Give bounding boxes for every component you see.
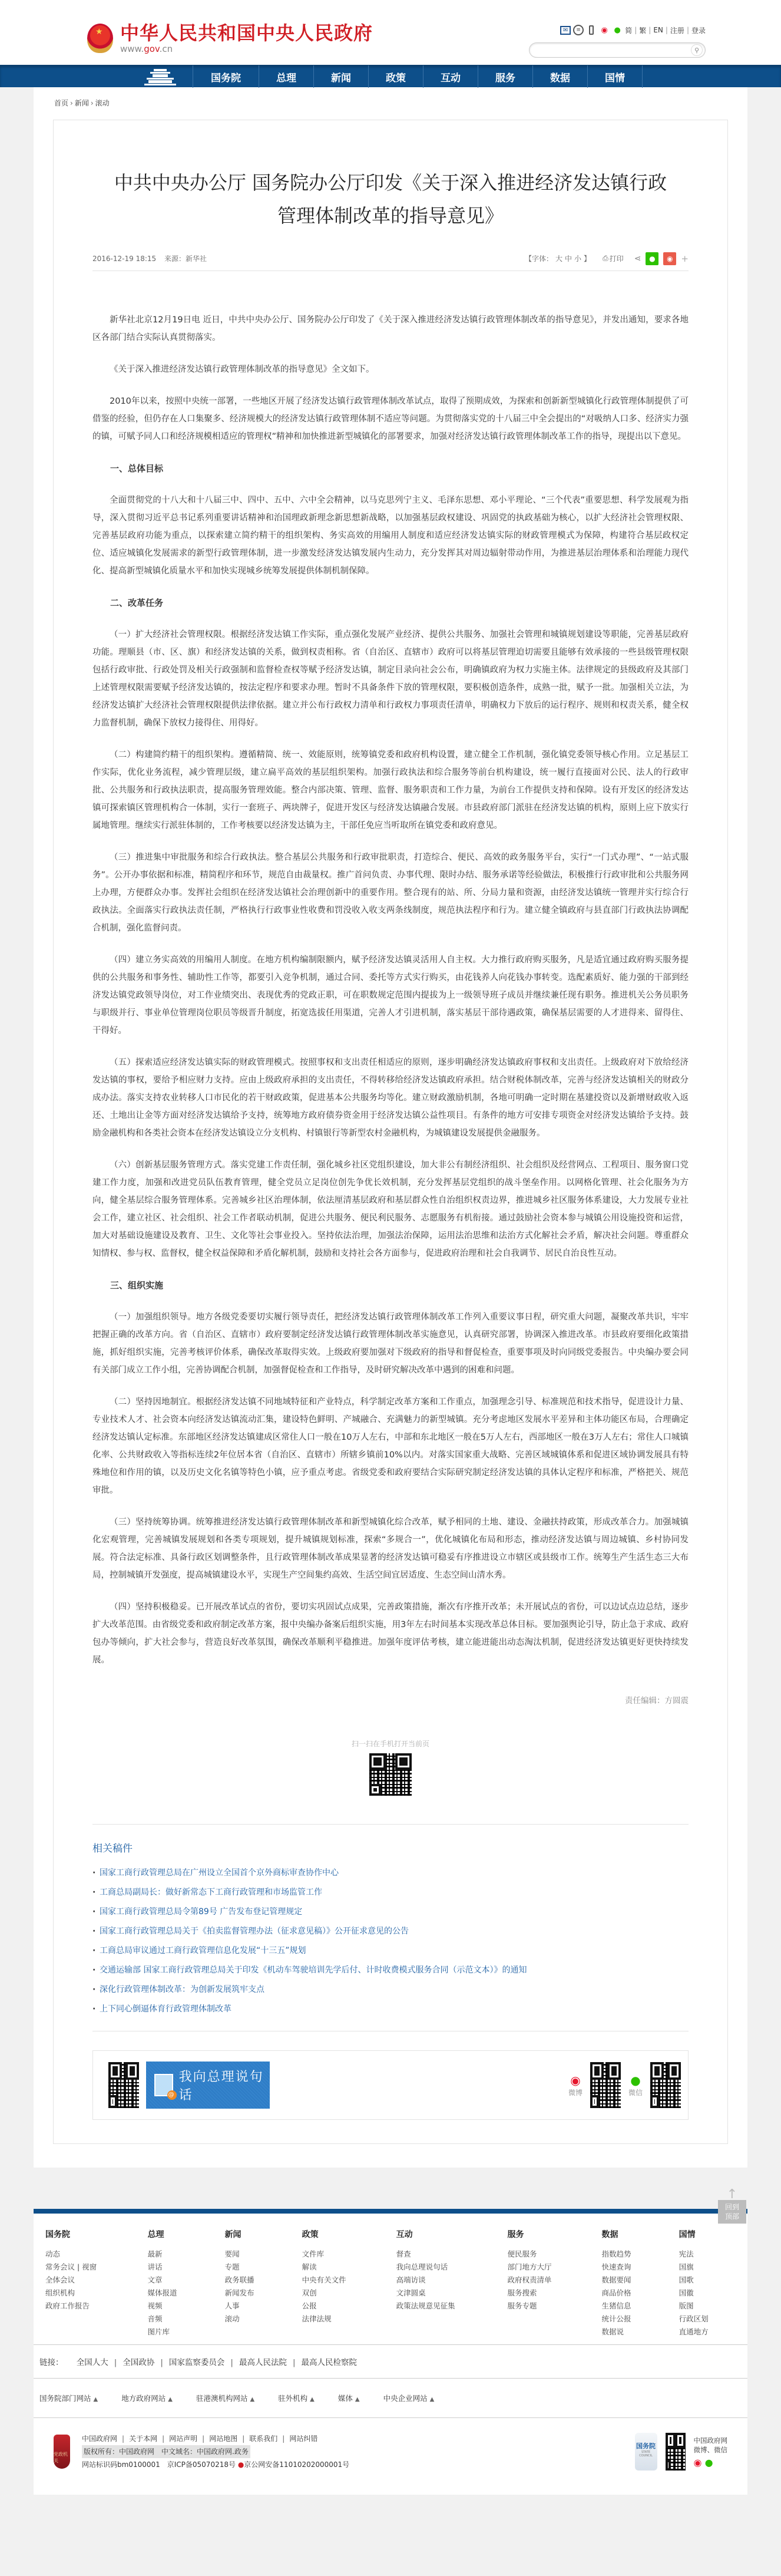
weibo-icon: ◉ — [570, 2073, 580, 2087]
site-group-dropdown[interactable]: 媒体▲ — [338, 2394, 372, 2403]
triangle-up-icon: ▲ — [430, 2396, 435, 2403]
site-footer: 国务院动态常务会议 | 视窗全体会议组织机构政府工作报告总理最新讲话文章媒体报道… — [34, 2209, 747, 2495]
article-paragraph: （一）加强组织领导。地方各级党委要切实履行领导责任，把经济发达镇行政管理体制改革… — [92, 1308, 689, 1379]
footer-link[interactable]: 讲话 — [147, 2261, 224, 2274]
article-paragraph: 全面贯彻党的十八大和十八届三中、四中、五中、六中全会精神，以马克思列宁主义、毛泽… — [92, 492, 689, 580]
app-qr-code — [108, 2062, 139, 2108]
footer-link[interactable]: 政策法规意见征集 — [396, 2300, 508, 2313]
footer-link[interactable]: 中央有关文件 — [302, 2274, 396, 2287]
footer-bottom-link[interactable]: 网站地图 — [209, 2435, 237, 2443]
related-article-link[interactable]: 国家工商行政管理总局关于《拍卖监督管理办法（征求意见稿）》公开征求意见的公告 — [92, 1922, 689, 1941]
breadcrumb-news[interactable]: 新闻 — [75, 99, 89, 107]
nav-item-data[interactable]: 数据 — [533, 65, 588, 88]
footer-link[interactable]: 行政区划 — [679, 2313, 736, 2326]
weibo-label: ◉ 微博 — [567, 2073, 584, 2097]
external-link[interactable]: 国家监察委员会 — [169, 2358, 225, 2367]
footer-link[interactable]: 快速查询 — [602, 2261, 679, 2274]
separator: | — [122, 2435, 124, 2443]
article-paragraph: 2010年以来，按照中央统一部署，一些地区开展了经济发达镇行政管理体制改革试点，… — [92, 392, 689, 446]
mobile-qr-block: 扫一扫在手机打开当前页 — [92, 1739, 689, 1798]
wechat-qr-code — [650, 2062, 681, 2108]
footer-link[interactable]: 我向总理说句话 — [396, 2261, 508, 2274]
footer-link[interactable]: 商品价格 — [602, 2287, 679, 2300]
article-paragraph: （三）推进集中审批服务和综合行政执法。整合基层公共服务和行政审批职责，打造综合、… — [92, 849, 689, 937]
promo-box: 我向总理说句话 ◉ 微博 ● 微信 — [92, 2050, 689, 2120]
article-paragraph: 《关于深入推进经济发达镇行政管理体制改革的指导意见》全文如下。 — [92, 361, 689, 378]
header-toolbar: ✉ ≡ ◉ ● 简 | 繁 | EN | 注册 | 登录 — [529, 24, 706, 37]
triangle-up-icon: ▲ — [355, 2396, 360, 2403]
footer-link[interactable]: 图片库 — [147, 2326, 224, 2338]
external-link[interactable]: 最高人民检察院 — [302, 2358, 358, 2367]
triangle-up-icon: ▲ — [168, 2396, 173, 2403]
share-weibo-icon[interactable]: ◉ — [663, 252, 676, 265]
rss-icon[interactable]: ≡ — [573, 25, 584, 35]
separator: | — [242, 2435, 244, 2443]
wechat-label: ● 微信 — [627, 2073, 644, 2097]
related-article-link[interactable]: 深化行政管理体制改革：为创新发展筑牢支点 — [92, 1980, 689, 2000]
breadcrumb: 首页›新闻›滚动 — [53, 87, 728, 120]
envelope-icon — [154, 2074, 173, 2096]
nav-item-interaction[interactable]: 互动 — [423, 65, 478, 88]
article-body: 新华社北京12月19日电 近日，中共中央办公厅、国务院办公厅印发了《关于深入推进… — [92, 271, 689, 1669]
nav-item-policy[interactable]: 政策 — [369, 65, 423, 88]
font-small-button[interactable]: 小 — [574, 255, 581, 263]
article-paragraph: （六）创新基层服务管理方式。落实党建工作责任制，强化城乡社区党组织建设，加大非公… — [92, 1156, 689, 1262]
footer-link[interactable]: 国徽 — [679, 2287, 736, 2300]
share-more-icon[interactable]: + — [681, 253, 689, 264]
article-paragraph: （二）坚持因地制宜。根据经济发达镇不同地域特征和产业特点，科学制定改革方案和工作… — [92, 1393, 689, 1499]
page-content: 首页›新闻›滚动 中共中央办公厅 国务院办公厅印发《关于深入推进经济发达镇行政管… — [34, 87, 747, 2168]
police-badge-icon: ● — [238, 2460, 244, 2469]
footer-link[interactable]: 政府工作报告 — [45, 2300, 147, 2313]
triangle-up-icon: ▲ — [310, 2396, 315, 2403]
footer-link[interactable]: 文件库 — [302, 2248, 396, 2261]
wechat-icon: ● — [630, 2073, 640, 2087]
wechat-icon[interactable]: ● — [705, 2457, 713, 2468]
separator: | — [648, 26, 651, 34]
footer-link[interactable]: 法律法规 — [302, 2313, 396, 2326]
traditional-chinese-link[interactable]: 繁 — [639, 25, 646, 35]
footer-link[interactable]: 数据要闻 — [602, 2274, 679, 2287]
footer-column: 新闻要闻专题政务联播新闻发布人事滚动 — [225, 2229, 302, 2338]
related-articles-title: 相关稿件 — [92, 1839, 689, 1859]
mail-icon[interactable]: ✉ — [560, 26, 571, 35]
article-title: 中共中央办公厅 国务院办公厅印发《关于深入推进经济发达镇行政管理体制改革的指导意… — [92, 120, 689, 232]
nav-item-state-council[interactable]: 国务院 — [193, 65, 259, 88]
footer-column-title[interactable]: 国务院 — [45, 2229, 147, 2241]
external-link[interactable]: 全国人大 — [77, 2358, 108, 2367]
footer-link[interactable]: 政府权责清单 — [508, 2274, 602, 2287]
triangle-up-icon: ▲ — [250, 2396, 254, 2403]
article-paragraph: 新华社北京12月19日电 近日，中共中央办公厅、国务院办公厅印发了《关于深入推进… — [92, 311, 689, 347]
article-meta: 2016-12-19 18:15 来源：新华社 【字体：大中小】 ⎙ 打印 ⋖ … — [92, 251, 689, 271]
footer-link[interactable]: 督查 — [396, 2248, 508, 2261]
gov-social: 中国政府网 微博、微信 ◉ ● — [694, 2436, 728, 2468]
copyright-text: 版权所有：中国政府网 中文域名：中国政府网.政务 — [82, 2445, 250, 2458]
footer-bottom-link[interactable]: 中国政府网 — [82, 2435, 117, 2443]
footer-column-title[interactable]: 政策 — [302, 2229, 396, 2241]
search-icon[interactable]: ⚲ — [691, 44, 703, 56]
related-article-link[interactable]: 国家工商行政管理总局在广州设立全国首个京外商标审查协作中心 — [92, 1863, 689, 1883]
footer-link[interactable]: 数据说 — [602, 2326, 679, 2338]
nav-item-services[interactable]: 服务 — [478, 65, 533, 88]
footer-bottom: 党政机关 中国政府网|关于本网|网站声明|网站地图|联系我们|网站纠错 版权所有… — [34, 2418, 747, 2495]
footer-link[interactable]: 部门地方大厅 — [508, 2261, 602, 2274]
footer-link[interactable]: 解读 — [302, 2261, 396, 2274]
site-url: www.gov.cn — [120, 44, 373, 54]
article-source: 来源：新华社 — [164, 255, 207, 263]
breadcrumb-home[interactable]: 首页 — [54, 99, 68, 107]
printer-icon: ⎙ — [603, 254, 608, 263]
footer-bottom-link[interactable]: 关于本网 — [129, 2435, 157, 2443]
qr-label: 扫一扫在手机打开当前页 — [92, 1739, 689, 1749]
share-icon[interactable]: ⋖ — [634, 254, 641, 263]
separator: | — [160, 2358, 163, 2367]
related-article-link[interactable]: 工商总局审议通过工商行政管理信息化发展“十三五”规划 — [92, 1941, 689, 1961]
site-registration: 网站标识码bm0100001 京ICP备05070218号 ●京公网安备1101… — [82, 2458, 349, 2471]
register-link[interactable]: 注册 — [670, 25, 684, 35]
footer-link[interactable]: 滚动 — [225, 2313, 302, 2326]
site-group-dropdown[interactable]: 中央企业网站▲ — [383, 2394, 446, 2403]
site-groups-row: 国务院部门网站▲地方政府网站▲驻港澳机构网站▲驻外机构▲媒体▲中央企业网站▲ — [34, 2379, 747, 2418]
footer-link[interactable]: 服务搜索 — [508, 2287, 602, 2300]
footer-column: 国情宪法国旗国歌国徽版图行政区划直通地方 — [679, 2229, 736, 2338]
message-premier-banner[interactable]: 我向总理说句话 — [146, 2062, 270, 2109]
wechat-icon[interactable]: ● — [612, 25, 623, 35]
weibo-icon[interactable]: ◉ — [599, 25, 610, 35]
site-logo[interactable]: 中华人民共和国中央人民政府 www.gov.cn — [87, 22, 373, 54]
triangle-up-icon: ▲ — [94, 2396, 98, 2403]
footer-column-title[interactable]: 总理 — [147, 2229, 224, 2241]
article-paragraph: （四）建立务实高效的用编用人制度。在地方机构编制限额内，赋予经济发达镇灵活用人自… — [92, 951, 689, 1040]
font-medium-button[interactable]: 中 — [565, 255, 572, 263]
related-article-link[interactable]: 国家工商行政管理总局令第89号 广告发布登记管理规定 — [92, 1902, 689, 1922]
external-link[interactable]: 最高人民法院 — [239, 2358, 287, 2367]
footer-column-title[interactable]: 数据 — [602, 2229, 679, 2241]
links-label: 链接： — [39, 2358, 64, 2367]
print-button[interactable]: ⎙ 打印 — [603, 253, 624, 263]
footer-nav: 国务院动态常务会议 | 视窗全体会议组织机构政府工作报告总理最新讲话文章媒体报道… — [34, 2214, 747, 2345]
arrow-up-icon: ↑ — [718, 2189, 746, 2200]
related-articles-list: 国家工商行政管理总局在广州设立全国首个京外商标审查协作中心 工商总局副局长：做好… — [92, 1863, 689, 2019]
footer-link[interactable]: 媒体报道 — [147, 2287, 224, 2300]
footer-column: 政策文件库解读中央有关文件双创公报法律法规 — [302, 2229, 396, 2338]
login-link[interactable]: 登录 — [691, 25, 706, 35]
footer-link[interactable]: 人事 — [225, 2300, 302, 2313]
footer-link[interactable]: 宪法 — [679, 2248, 736, 2261]
section-heading: 一、总体目标 — [92, 460, 689, 477]
footer-links: 中国政府网|关于本网|网站声明|网站地图|联系我们|网站纠错 — [82, 2432, 349, 2445]
article-paragraph: （一）扩大经济社会管理权限。根据经济发达镇工作实际，重点强化发展产业经济、提供公… — [92, 626, 689, 732]
mobile-icon[interactable] — [586, 25, 597, 35]
article-paragraph: （四）坚持积极稳妥。已开展改革试点的省份，要切实巩固试点成果，完善政策措施，渐次… — [92, 1598, 689, 1669]
font-large-button[interactable]: 大 — [555, 255, 562, 263]
divider — [92, 1824, 689, 1825]
external-links-row: 链接： 全国人大|全国政协|国家监察委员会|最高人民法院|最高人民检察院 — [34, 2345, 747, 2379]
separator: | — [282, 2435, 284, 2443]
site-group-dropdown[interactable]: 驻外机构▲ — [278, 2394, 326, 2403]
publish-date: 2016-12-19 18:15 — [92, 255, 156, 263]
footer-link[interactable]: 高端访谈 — [396, 2274, 508, 2287]
nav-item-premier[interactable]: 总理 — [259, 65, 314, 88]
footer-link[interactable]: 视频 — [147, 2300, 224, 2313]
footer-link[interactable]: 政务联播 — [225, 2274, 302, 2287]
footer-link[interactable]: 版图 — [679, 2300, 736, 2313]
english-link[interactable]: EN — [653, 26, 663, 34]
party-government-badge-icon[interactable]: 党政机关 — [54, 2435, 70, 2469]
footer-link[interactable]: 生猪信息 — [602, 2300, 679, 2313]
section-heading: 三、组织实施 — [92, 1277, 689, 1294]
separator: | — [687, 26, 689, 34]
chevron-right-icon: › — [91, 99, 94, 107]
footer-link[interactable]: 双创 — [302, 2287, 396, 2300]
weibo-icon[interactable]: ◉ — [694, 2457, 702, 2468]
breadcrumb-scroll[interactable]: 滚动 — [95, 99, 110, 107]
site-group-dropdown[interactable]: 地方政府网站▲ — [121, 2394, 184, 2403]
chevron-right-icon: › — [70, 99, 73, 107]
footer-link[interactable]: 专题 — [225, 2261, 302, 2274]
article-paragraph: （五）探索适应经济发达镇实际的财政管理模式。按照事权和支出责任相适应的原则，逐步… — [92, 1054, 689, 1142]
responsible-editor: 责任编辑：方圆震 — [92, 1694, 689, 1706]
footer-link[interactable]: 直通地方 — [679, 2326, 736, 2338]
nav-home-button[interactable] — [75, 65, 193, 88]
weibo-qr-code — [590, 2062, 621, 2108]
footer-column-title[interactable]: 国情 — [679, 2229, 736, 2241]
related-article-link[interactable]: 上下同心倒逼体育行政管理体制改革 — [92, 2000, 689, 2019]
article-paragraph: （三）坚持统筹协调。统筹推进经济发达镇行政管理体制改革和新型城镇化综合改革，赋予… — [92, 1513, 689, 1584]
related-article-link[interactable]: 工商总局副局长：做好新常态下工商行政管理和市场监管工作 — [92, 1883, 689, 1902]
related-article-link[interactable]: 交通运输部 国家工商行政管理总局关于印发《机动车驾驶培训先学后付、计时收费模式服… — [92, 1961, 689, 1980]
separator: | — [114, 2358, 117, 2367]
footer-bottom-link[interactable]: 网站声明 — [169, 2435, 197, 2443]
separator: | — [634, 26, 637, 34]
national-emblem-icon — [87, 24, 113, 53]
footer-link[interactable]: 新闻发布 — [225, 2287, 302, 2300]
footer-link[interactable]: 全体会议 — [45, 2274, 147, 2287]
separator: | — [293, 2358, 296, 2367]
external-link[interactable]: 全国政协 — [123, 2358, 154, 2367]
footer-link[interactable]: 服务专题 — [508, 2300, 602, 2313]
footer-column: 总理最新讲话文章媒体报道视频音频图片库 — [147, 2229, 224, 2338]
footer-link[interactable]: 文章 — [147, 2274, 224, 2287]
footer-column: 服务便民服务部门地方大厅政府权责清单服务搜索服务专题 — [508, 2229, 602, 2338]
footer-link[interactable]: 国歌 — [679, 2274, 736, 2287]
footer-bottom-link[interactable]: 网站纠错 — [289, 2435, 317, 2443]
main-nav: 国务院 总理 新闻 政策 互动 服务 数据 国情 — [0, 65, 781, 87]
footer-bar — [34, 2209, 747, 2214]
footer-link[interactable]: 国旗 — [679, 2261, 736, 2274]
footer-link[interactable]: 便民服务 — [508, 2248, 602, 2261]
footer-link[interactable]: 统计公报 — [602, 2313, 679, 2326]
separator: | — [666, 26, 668, 34]
footer-column-title[interactable]: 服务 — [508, 2229, 602, 2241]
footer-link[interactable]: 指数趋势 — [602, 2248, 679, 2261]
footer-link[interactable]: 公报 — [302, 2300, 396, 2313]
article-container: 中共中央办公厅 国务院办公厅印发《关于深入推进经济发达镇行政管理体制改革的指导意… — [53, 120, 728, 2144]
footer-column-title[interactable]: 新闻 — [225, 2229, 302, 2241]
back-to-top-button[interactable]: ↑ 回到顶部 — [718, 2189, 746, 2224]
footer-link[interactable]: 文津圆桌 — [396, 2287, 508, 2300]
font-size-control: 【字体：大中小】 — [524, 253, 592, 263]
footer-column: 数据指数趋势快速查询数据要闻商品价格生猪信息统计公报数据说 — [602, 2229, 679, 2338]
article-paragraph: （二）构建简约精干的组织架构。遵循精简、统一、效能原则，统筹镇党委和政府机构设置… — [92, 746, 689, 835]
separator: | — [202, 2435, 204, 2443]
section-heading: 二、改革任务 — [92, 594, 689, 612]
separator: | — [162, 2435, 164, 2443]
site-group-dropdown[interactable]: 国务院部门网站▲ — [39, 2394, 110, 2403]
footer-bottom-link[interactable]: 联系我们 — [249, 2435, 277, 2443]
search-input[interactable] — [530, 46, 691, 54]
separator: | — [230, 2358, 233, 2367]
footer-column: 互动督查我向总理说句话高端访谈文津圆桌政策法规意见征集 — [396, 2229, 508, 2338]
footer-column-title[interactable]: 互动 — [396, 2229, 508, 2241]
site-group-dropdown[interactable]: 驻港澳机构网站▲ — [196, 2394, 266, 2403]
qr-code-image — [369, 1753, 412, 1796]
nav-item-news[interactable]: 新闻 — [314, 65, 369, 88]
tiananmen-icon — [143, 68, 177, 85]
nav-item-national-info[interactable]: 国情 — [588, 65, 643, 88]
simplified-chinese-link[interactable]: 简 — [625, 25, 632, 35]
footer-link[interactable]: 音频 — [147, 2313, 224, 2326]
footer-link[interactable]: 常务会议 | 视窗 — [45, 2261, 147, 2274]
footer-qr-code — [666, 2433, 686, 2471]
site-header: 中华人民共和国中央人民政府 www.gov.cn ✉ ≡ ◉ ● 简 | 繁 |… — [0, 0, 781, 65]
site-title: 中华人民共和国中央人民政府 — [120, 22, 373, 44]
share-wechat-icon[interactable]: ● — [646, 252, 658, 265]
search-box: ⚲ — [529, 42, 706, 58]
divider — [92, 2031, 689, 2031]
footer-column: 国务院动态常务会议 | 视窗全体会议组织机构政府工作报告 — [45, 2229, 147, 2338]
footer-link[interactable]: 最新 — [147, 2248, 224, 2261]
state-council-logo[interactable]: 国务院STATE COUNCIL — [635, 2433, 657, 2471]
police-registration[interactable]: 京公网安备11010202000001号 — [244, 2460, 349, 2469]
footer-link[interactable]: 动态 — [45, 2248, 147, 2261]
footer-link[interactable]: 组织机构 — [45, 2287, 147, 2300]
footer-link[interactable]: 要闻 — [225, 2248, 302, 2261]
